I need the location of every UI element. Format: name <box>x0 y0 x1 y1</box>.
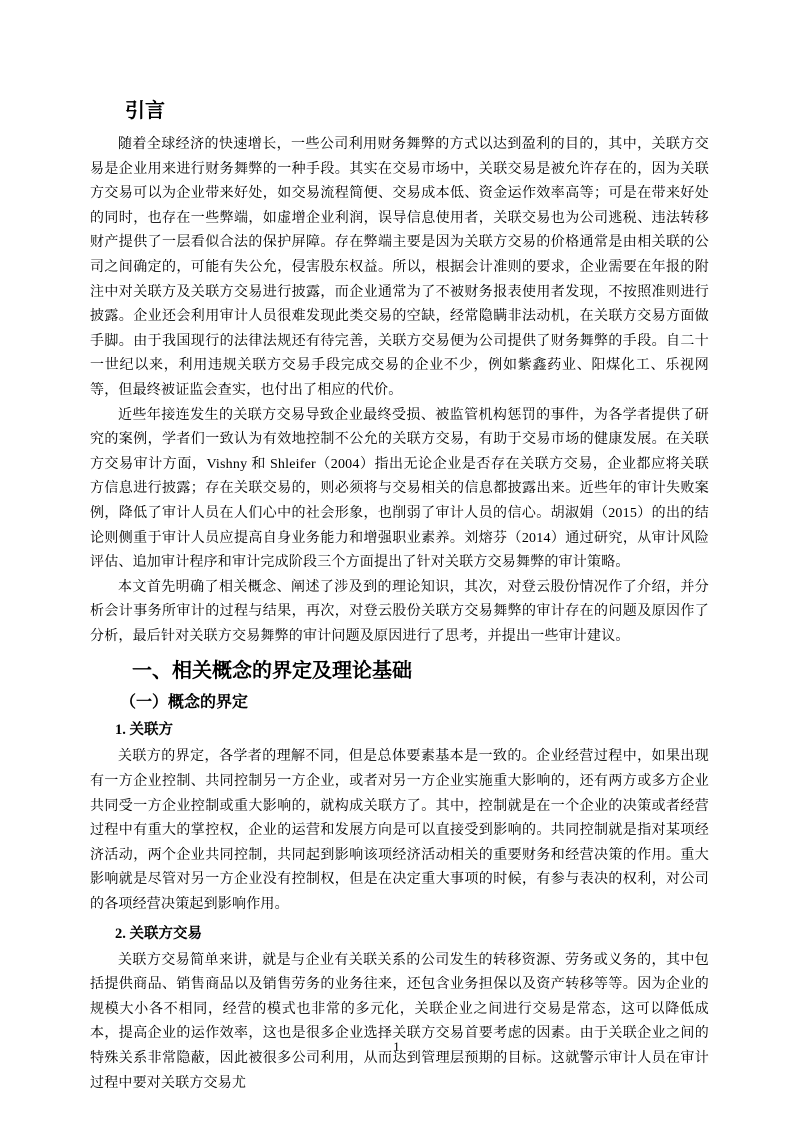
section1-heading: 一、相关概念的界定及理论基础 <box>132 658 709 685</box>
page-number: 1 <box>0 1038 793 1056</box>
document-page: 引言 随着全球经济的快速增长，一些公司利用财务舞弊的方式以达到盈利的目的，其中，… <box>0 0 793 1122</box>
item1-heading: 1. 关联方 <box>115 720 709 740</box>
intro-paragraph-2: 近些年接连发生的关联方交易导致企业最终受损、被监管机构惩罚的事件，为各学者提供了… <box>90 404 709 576</box>
intro-heading: 引言 <box>125 98 709 124</box>
item2-paragraph: 关联方交易简单来讲，就是与企业有关联关系的公司发生的转移资源、劳务或义务的，其中… <box>90 949 709 1097</box>
item1-paragraph: 关联方的界定，各学者的理解不同，但是总体要素基本是一致的。企业经营过程中，如果出… <box>90 745 709 917</box>
intro-paragraph-1: 随着全球经济的快速增长，一些公司利用财务舞弊的方式以达到盈利的目的，其中，关联方… <box>90 133 709 404</box>
item2-heading: 2. 关联方交易 <box>115 924 709 944</box>
intro-paragraph-3: 本文首先明确了相关概念、阐述了涉及到的理论知识，其次，对登云股份情况作了介绍，并… <box>90 576 709 650</box>
subsection1-heading: （一）概念的界定 <box>120 692 709 714</box>
